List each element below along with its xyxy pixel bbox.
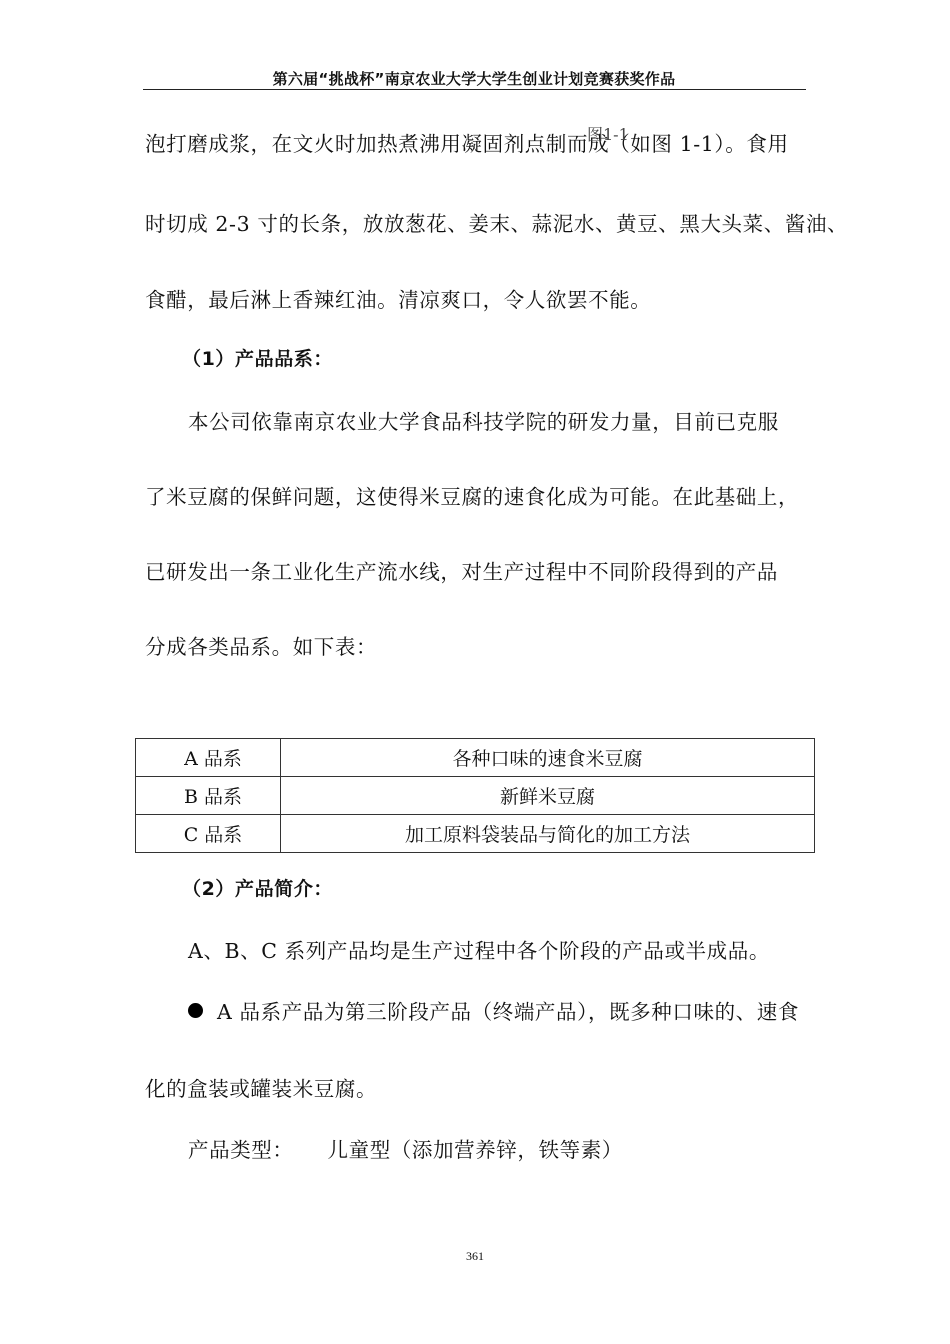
section-heading-product-series: （1）产品品系： bbox=[182, 344, 333, 371]
section1-line-3: 已研发出一条工业化生产流水线，对生产过程中不同阶段得到的产品 bbox=[145, 555, 778, 585]
section1-line-2: 了米豆腐的保鲜问题，这使得米豆腐的速食化成为可能。在此基础上， bbox=[145, 480, 799, 510]
paragraph-line-2: 时切成 2-3 寸的长条，放放葱花、姜末、蒜泥水、黄豆、黑大头菜、酱油、 bbox=[145, 207, 848, 237]
bullet-item-a-series: A 品系产品为第三阶段产品（终端产品），既多种口味的、速食 bbox=[188, 995, 799, 1025]
product-type-label: 产品类型： bbox=[188, 1138, 294, 1162]
page-number: 361 bbox=[0, 1249, 950, 1264]
series-code-cell: B 品系 bbox=[136, 777, 281, 815]
table-row: C 品系 加工原料袋装品与简化的加工方法 bbox=[136, 815, 815, 853]
section1-line-1: 本公司依靠南京农业大学食品科技学院的研发力量，目前已克服 bbox=[188, 405, 779, 435]
paragraph-line-3: 食醋，最后淋上香辣红油。清凉爽口，令人欲罢不能。 bbox=[145, 283, 651, 313]
bullet-text-line-1: A 品系产品为第三阶段产品（终端产品），既多种口味的、速食 bbox=[217, 1000, 799, 1024]
figure-caption-overlay: 图1-1 bbox=[587, 122, 629, 145]
bullet-icon bbox=[188, 1003, 203, 1018]
table-row: B 品系 新鲜米豆腐 bbox=[136, 777, 815, 815]
product-type-row: 产品类型：儿童型（添加营养锌，铁等素） bbox=[188, 1133, 623, 1163]
series-description-cell: 各种口味的速食米豆腐 bbox=[281, 739, 815, 777]
series-code-cell: C 品系 bbox=[136, 815, 281, 853]
series-description-cell: 新鲜米豆腐 bbox=[281, 777, 815, 815]
series-code-cell: A 品系 bbox=[136, 739, 281, 777]
section2-intro: A、B、C 系列产品均是生产过程中各个阶段的产品或半成品。 bbox=[188, 934, 770, 964]
section-heading-product-intro: （2）产品简介： bbox=[182, 874, 333, 901]
bullet-text-line-2: 化的盒装或罐装米豆腐。 bbox=[145, 1072, 377, 1102]
paragraph-line-1: 泡打磨成浆，在文火时加热煮沸用凝固剂点制而成（如图 1-1）。食用 bbox=[145, 127, 789, 157]
product-type-value: 儿童型（添加营养锌，铁等素） bbox=[328, 1138, 623, 1162]
product-series-table: A 品系 各种口味的速食米豆腐 B 品系 新鲜米豆腐 C 品系 加工原料袋装品与… bbox=[135, 738, 815, 853]
table-row: A 品系 各种口味的速食米豆腐 bbox=[136, 739, 815, 777]
section1-line-4: 分成各类品系。如下表： bbox=[145, 630, 377, 660]
header-divider bbox=[143, 89, 806, 90]
series-description-cell: 加工原料袋装品与简化的加工方法 bbox=[281, 815, 815, 853]
document-header-title: 第六届“挑战杯”南京农业大学大学生创业计划竞赛获奖作品 bbox=[143, 68, 805, 89]
